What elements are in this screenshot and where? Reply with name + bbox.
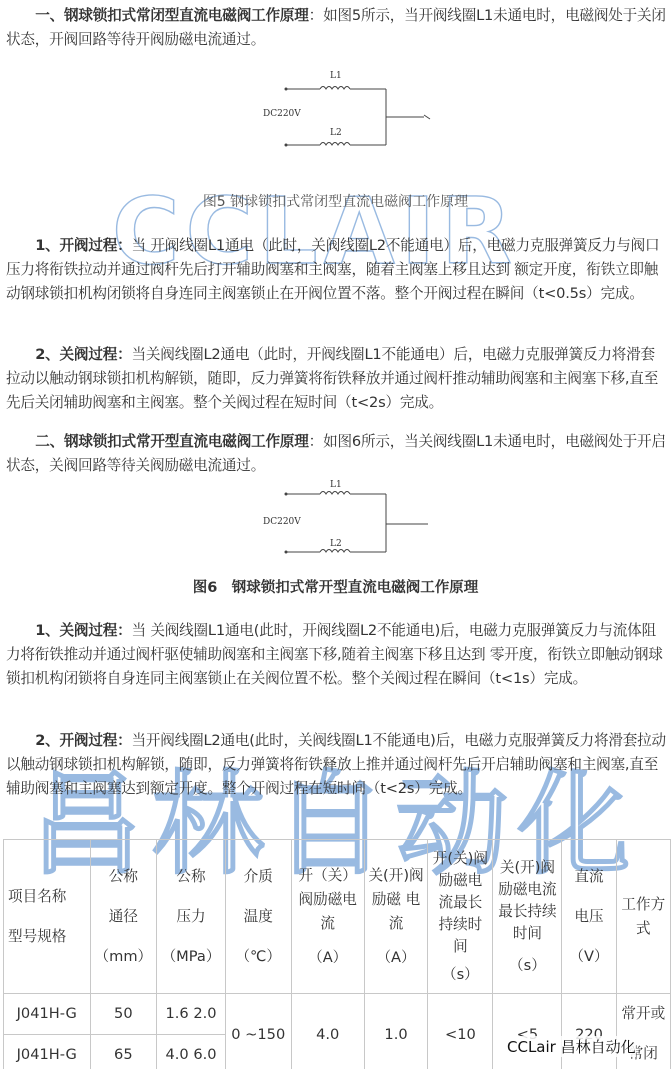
figure6-coil1-label: L1 <box>330 480 342 490</box>
section1-heading: 一、钢球锁扣式常闭型直流电磁阀工作原理 <box>35 7 308 24</box>
cell-open-time: <10 <box>428 994 493 1069</box>
cell-model: J041H-G <box>4 1034 91 1069</box>
open-process-1-label: 1、开阀过程： <box>35 237 131 254</box>
cell-close-time: <5 <box>493 994 562 1069</box>
cell-pressure: 1.6 2.0 <box>157 994 226 1035</box>
header-open-current: 开（关） 阀励磁电 流 （A） <box>291 840 364 994</box>
section2-paragraph: 二、钢球锁扣式常开型直流电磁阀工作原理：如图6所示，当关阀线圈L1未通电时，电磁… <box>6 430 666 478</box>
close-process-1-label: 2、关阀过程： <box>35 346 131 363</box>
figure5-caption: 图5 钢球锁扣式常闭型直流电磁阀工作原理 <box>0 191 671 211</box>
table-row: J041H-G 50 1.6 2.0 0 ~150 4.0 1.0 <10 <5… <box>4 994 671 1035</box>
header-mode: 工作方 式 <box>616 840 670 994</box>
cell-pressure: 4.0 6.0 <box>157 1034 226 1069</box>
figure5-coil1-label: L1 <box>330 71 342 81</box>
cell-temperature: 0 ~150 <box>225 994 291 1069</box>
cell-open-current: 4.0 <box>291 994 364 1069</box>
section1-paragraph: 一、钢球锁扣式常闭型直流电磁阀工作原理：如图5所示，当开阀线圈L1未通电时，电磁… <box>6 4 666 52</box>
header-close-current: 关(开)阀 励磁 电 流 （A） <box>364 840 428 994</box>
cell-dn: 50 <box>90 994 157 1035</box>
cell-voltage: 220 <box>562 994 616 1069</box>
header-voltage: 直流 电压 （V） <box>562 840 616 994</box>
header-pressure: 公称 压力 （MPa） <box>157 840 226 994</box>
header-temperature: 介质 温度 （℃） <box>225 840 291 994</box>
close-process-1-paragraph: 2、关阀过程：当关阀线圈L2通电（此时，开阀线圈L1不能通电）后，电磁力克服弹簧… <box>6 343 666 415</box>
close-process-2-paragraph: 1、关阀过程：当 关阀线圈L1通电(此时，开阀线圈L2不能通电)后，电磁力克服弹… <box>6 619 666 691</box>
cell-mode: 常开或 常闭 <box>616 994 670 1069</box>
figure6-coil2-label: L2 <box>330 539 342 549</box>
cell-close-current: 1.0 <box>364 994 428 1069</box>
header-model: 项目名称 型号规格 <box>4 840 91 994</box>
figure6-source-label: DC220V <box>263 517 301 527</box>
close-process-2-label: 1、关阀过程： <box>35 622 131 639</box>
spec-table: 项目名称 型号规格 公称 通径 （mm） 公称 压力 （MPa） 介质 温度 （… <box>3 839 671 1069</box>
header-close-time: 关(开)阀 励磁电流 最长持续 时间 （s） <box>493 840 562 994</box>
footer-brand-logo: CCLair 昌林自动化 <box>507 1036 636 1057</box>
cell-model: J041H-G <box>4 994 91 1035</box>
table-header-row: 项目名称 型号规格 公称 通径 （mm） 公称 压力 （MPa） 介质 温度 （… <box>4 840 671 994</box>
section2-heading: 二、钢球锁扣式常开型直流电磁阀工作原理 <box>35 433 308 450</box>
figure5-coil2-label: L2 <box>330 128 342 138</box>
figure5-source-label: DC220V <box>263 109 301 119</box>
figure6-caption: 图6 钢球锁扣式常开型直流电磁阀工作原理 <box>0 576 671 597</box>
cell-dn: 65 <box>90 1034 157 1069</box>
header-dn: 公称 通径 （mm） <box>90 840 157 994</box>
open-process-1-paragraph: 1、开阀过程：当 开阀线圈L1通电（此时，关阀线圈L2不能通电）后，电磁力克服弹… <box>6 234 666 306</box>
open-process-2-paragraph: 2、开阀过程：当开阀线圈L2通电(此时，关阀线圈L1不能通电)后，电磁力克服弹簧… <box>6 729 666 801</box>
open-process-2-label: 2、开阀过程： <box>35 732 131 749</box>
header-open-time: 开(关)阀 励磁电 流最长 持续时 间 （s） <box>428 840 493 994</box>
